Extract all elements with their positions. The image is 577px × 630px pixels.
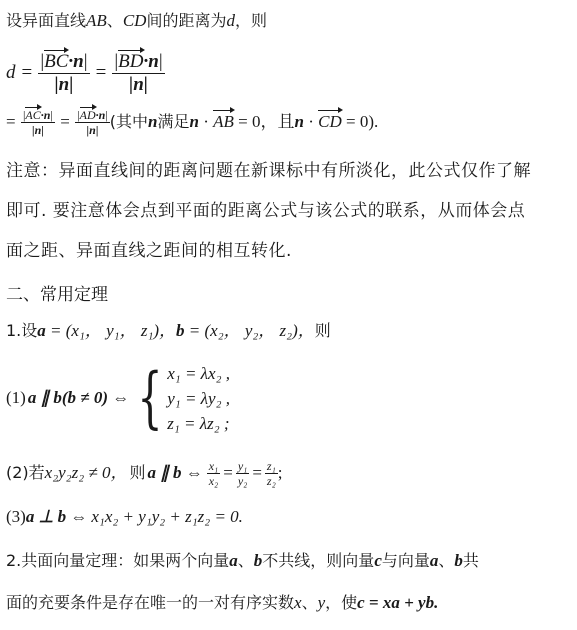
vector-bd: BD: [118, 51, 143, 73]
vector-b-coords: = (x₂， y₂， z₂)，: [185, 321, 315, 340]
formula-lhs: d: [6, 62, 16, 83]
equals-sign: =: [6, 112, 16, 131]
ratio-y: y₁y₂: [236, 459, 250, 488]
condition-open: (其中: [110, 112, 148, 131]
parallel-condition: a ∥ b(b ≠ 0) ⇔: [28, 387, 129, 409]
vector-b: b: [454, 551, 463, 570]
intro-text-2: 间的距离为: [146, 11, 226, 30]
normal-n: n: [189, 112, 198, 131]
theorem-2-line-2: 面的充要条件是存在唯一的一对有序实数x、y，使c = xa + yb.: [6, 592, 438, 614]
line-cd: CD: [123, 11, 147, 30]
item-2-ratio: (2)若x₂y₂z₂ ≠ 0，则a ∥ b ⇔ x₁x₂ = y₁y₂ = z₁…: [6, 458, 282, 488]
perpendicular-relation: a ⊥ b ⇔: [26, 507, 88, 526]
scalar-y: y: [318, 593, 326, 612]
dot-n: ·n: [96, 108, 106, 122]
dot: ·: [199, 112, 213, 131]
normal-n: n: [295, 112, 304, 131]
coplanar-formula: c = xa + yb.: [357, 593, 438, 612]
ratio-y-num: y₁: [236, 459, 250, 474]
ratio-y-den: y₂: [236, 474, 250, 488]
separator: 、: [107, 11, 123, 30]
norm-n: |n|: [75, 123, 110, 137]
item-2-label: (2)若: [6, 462, 45, 484]
line-ab: AB: [86, 11, 107, 30]
intro-end: ，则: [235, 11, 267, 30]
theorem-2-text: 不共线，则向量: [262, 551, 374, 570]
theorem-1-end: 则: [315, 321, 331, 340]
note-line-3: 面之距、异面直线之距间的相互转化.: [6, 240, 292, 262]
equals-sign: =: [60, 112, 70, 131]
vector-ad: AD: [80, 108, 96, 122]
ratio-z-den: z₂: [265, 474, 278, 488]
vector-cd: CD: [318, 111, 342, 133]
equals-sign: =: [96, 62, 107, 83]
dot-n: ·n: [68, 51, 83, 72]
vector-ac: AC: [25, 108, 40, 122]
equals-sign: =: [252, 462, 262, 484]
distance-formula-2: = |AC·n| |n| = |AD·n| |n| (其中n满足n · AB =…: [6, 108, 378, 137]
norm-n: |n|: [21, 123, 55, 137]
theorem-2-text: 共: [463, 551, 479, 570]
separator: 、: [302, 593, 318, 612]
item-3-perpendicular: (3)a ⊥ b ⇔x₁x₂ + y₁y₂ + z₁z₂ = 0.: [6, 506, 243, 528]
dot-product-expr: x₁x₂ + y₁y₂ + z₁z₂ = 0.: [91, 507, 243, 526]
intro-line: 设异面直线AB、CD间的距离为d，则: [6, 10, 267, 32]
theorem-2-text: ，使: [325, 593, 357, 612]
condition-eq1: = 0，且: [234, 112, 295, 131]
vector-ab: AB: [213, 111, 234, 133]
theorem-1-label: 1.设: [6, 321, 37, 340]
note-line-1: 注意：异面直线间的距离问题在新课标中有所淡化，此公式仅作了解: [6, 160, 531, 182]
case-z: z₁ = λz₂ ;: [167, 411, 230, 436]
ratio-z-num: z₁: [265, 459, 278, 474]
vector-c: c: [374, 551, 382, 570]
theorem-2-text: 与向量: [382, 551, 430, 570]
theorem-2-text: 面的充要条件是存在唯一的一对有序实数: [6, 593, 294, 612]
distance-d: d: [226, 11, 235, 30]
fraction-ac: |AC·n| |n|: [21, 108, 55, 137]
item-3-label: (3): [6, 507, 26, 526]
vector-a-coords: = (x₁， y₁， z₁)，: [46, 321, 176, 340]
scalar-x: x: [294, 593, 302, 612]
vector-a: a: [37, 321, 46, 340]
dot: ·: [304, 112, 318, 131]
vector-a: a: [229, 551, 238, 570]
separator: 、: [238, 551, 254, 570]
theorem-2-line-1: 2.共面向量定理：如果两个向量a、b不共线，则向量c与向量a、b共: [6, 550, 479, 572]
case-x: x₁ = λx₂ ,: [167, 361, 230, 386]
equals-sign: =: [223, 462, 233, 484]
section-heading: 二、常用定理: [6, 284, 108, 306]
equals-sign: =: [22, 62, 33, 83]
dot-n: ·n: [41, 108, 51, 122]
norm-n: |n|: [38, 74, 89, 96]
item-1-label: (1): [6, 387, 26, 409]
ratio-x-den: x₂: [207, 474, 221, 488]
semicolon: ;: [278, 462, 283, 484]
left-brace-icon: {: [138, 365, 163, 431]
case-y: y₁ = λy₂ ,: [167, 386, 230, 411]
ratio-z: z₁z₂: [265, 459, 278, 488]
ratio-x-num: x₁: [207, 459, 221, 474]
condition-text: 满足: [157, 112, 189, 131]
vector-b: b: [176, 321, 185, 340]
distance-formula-1: d = |BC·n| |n| = |BD·n| |n|: [6, 50, 165, 96]
item-1-parallel: (1)a ∥ b(b ≠ 0) ⇔ { x₁ = λx₂ , y₁ = λy₂ …: [6, 358, 230, 438]
ratio-x: x₁x₂: [207, 459, 221, 488]
intro-text: 设异面直线: [6, 11, 86, 30]
theorem-2-text: 2.共面向量定理：如果两个向量: [6, 551, 229, 570]
theorem-1-def: 1.设a = (x₁， y₁， z₁)，b = (x₂， y₂， z₂)，则: [6, 320, 331, 342]
then-text: 则: [129, 462, 145, 484]
fraction-bd: |BD·n| |n|: [112, 50, 164, 96]
condition-eq2: = 0).: [342, 112, 379, 131]
fraction-bc: |BC·n| |n|: [38, 50, 89, 96]
separator: 、: [438, 551, 454, 570]
vector-bc: BC: [44, 51, 68, 73]
nonzero-condition: x₂y₂z₂ ≠ 0，: [45, 462, 128, 484]
norm-n: |n|: [112, 74, 164, 96]
note-line-2: 即可. 要注意体会点到平面的距离公式与该公式的联系，从而体会点: [6, 200, 525, 222]
parallel-relation: a ∥ b ⇔: [147, 462, 202, 484]
cases-group: { x₁ = λx₂ , y₁ = λy₂ , z₁ = λz₂ ;: [129, 361, 230, 436]
fraction-ad: |AD·n| |n|: [75, 108, 110, 137]
dot-n: ·n: [144, 51, 159, 72]
